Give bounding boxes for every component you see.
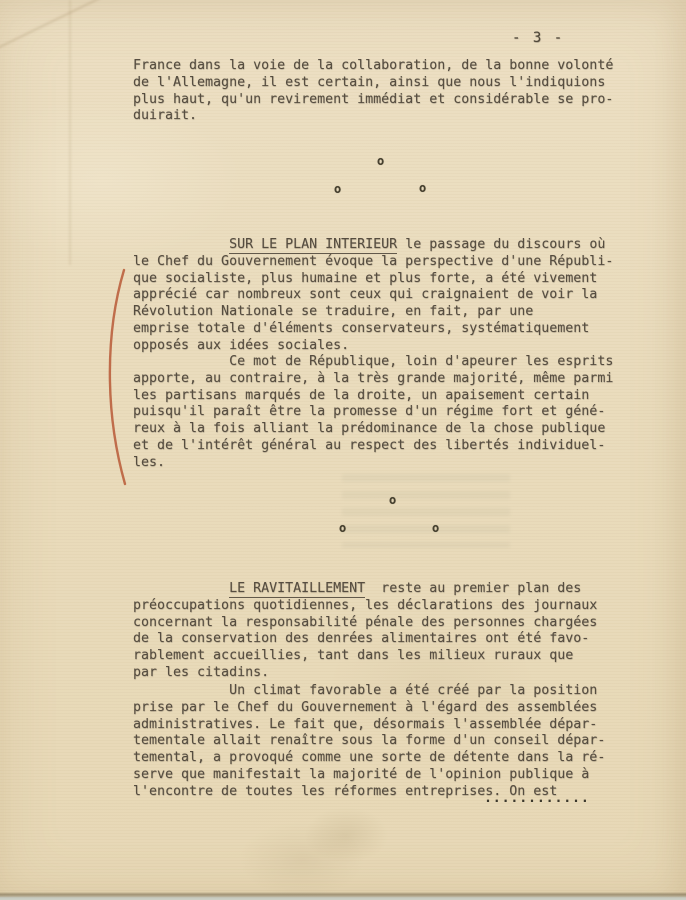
section-interieur-heading: SUR LE PLAN INTERIEUR <box>229 237 397 254</box>
scan-bottom-edge <box>0 890 686 900</box>
paragraph-collaboration: France dans la voie de la collaboration,… <box>133 58 613 125</box>
page-number: - 3 - <box>512 30 564 46</box>
section-ravitaillement: LE RAVITAILLEMENT reste au premier plan … <box>133 581 597 682</box>
paper-crease-vertical <box>69 0 71 265</box>
scanned-document-page: - 3 - France dans la voie de la collabor… <box>0 0 686 900</box>
separator-dot: o <box>334 183 341 195</box>
paragraph-climat: Un climat favorable a été créé par la po… <box>133 683 605 801</box>
separator-dot: o <box>432 522 439 534</box>
first-line-indent <box>133 581 229 596</box>
continuation-ellipsis: ............ <box>484 791 590 806</box>
separator-dot: o <box>339 522 346 534</box>
section-ravitaillement-heading: LE RAVITAILLEMENT <box>229 581 365 598</box>
section-interieur-body: le passage du discours où le Chef du Gou… <box>133 237 613 353</box>
ink-bleedthrough <box>342 474 510 548</box>
paper-crease-diagonal <box>0 0 121 55</box>
separator-dot: o <box>377 155 384 167</box>
separator-dot: o <box>389 494 396 506</box>
paragraph-republique: Ce mot de République, loin d'apeurer les… <box>133 354 613 472</box>
separator-dot: o <box>419 182 426 194</box>
first-line-indent <box>133 237 229 252</box>
section-interieur: SUR LE PLAN INTERIEUR le passage du disc… <box>133 237 613 355</box>
